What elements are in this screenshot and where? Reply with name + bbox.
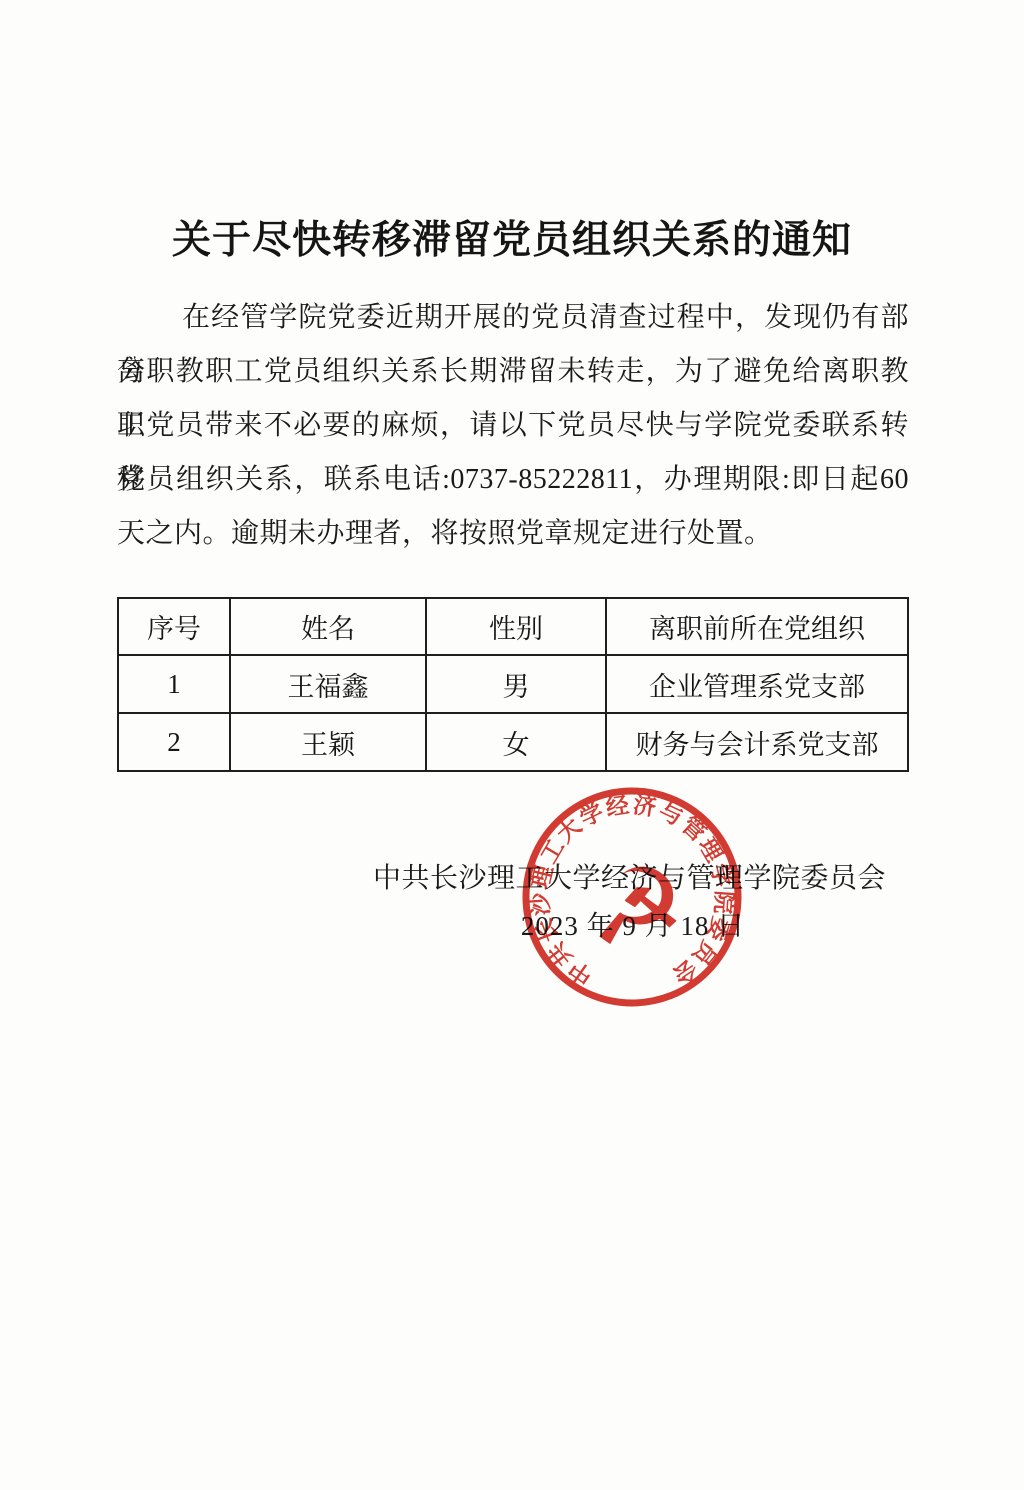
body-line-1: 在经管学院党委近期开展的党员清查过程中，发现仍有部分 — [117, 291, 909, 345]
col-header-index: 序号 — [118, 598, 230, 655]
cell-name: 王福鑫 — [230, 655, 426, 713]
table-header-row: 序号 姓名 性别 离职前所在党组织 — [118, 598, 908, 655]
cell-org: 财务与会计系党支部 — [606, 713, 908, 771]
stamp-seal-svg: 中共长沙理工大学经济与管理学院委员会 ☭ — [516, 781, 749, 1014]
col-header-org: 离职前所在党组织 — [606, 598, 908, 655]
body-line-2: 离职教职工党员组织关系长期滞留未转走，为了避免给离职教职 — [117, 345, 909, 399]
cell-name: 王颖 — [230, 713, 426, 771]
scanned-notice-page: 关于尽快转移滞留党员组织关系的通知 在经管学院党委近期开展的党员清查过程中，发现… — [0, 0, 1024, 1490]
col-header-name: 姓名 — [230, 598, 426, 655]
cell-org: 企业管理系党支部 — [606, 655, 908, 713]
stamp-outer-ring — [526, 791, 738, 1003]
issue-date: 2023 年 9 月 18 日 — [517, 904, 749, 943]
issuing-committee-signature: 中共长沙理工大学经济与管理学院委员会 — [0, 856, 886, 896]
col-header-gender: 性别 — [426, 598, 606, 655]
body-line-3: 工党员带来不必要的麻烦，请以下党员尽快与学院党委联系转移 — [117, 399, 909, 453]
member-roster-table: 序号 姓名 性别 离职前所在党组织 1 王福鑫 男 企业管理系党支部 2 王颖 … — [117, 597, 909, 772]
table-row: 1 王福鑫 男 企业管理系党支部 — [118, 655, 908, 713]
cell-index: 2 — [118, 713, 230, 771]
body-line-4: 党员组织关系，联系电话:0737-85222811，办理期限:即日起60 — [117, 453, 909, 507]
notice-title: 关于尽快转移滞留党员组织关系的通知 — [0, 209, 1024, 265]
notice-body: 在经管学院党委近期开展的党员清查过程中，发现仍有部分 离职教职工党员组织关系长期… — [117, 291, 909, 561]
table-row: 2 王颖 女 财务与会计系党支部 — [118, 713, 908, 771]
cell-index: 1 — [118, 655, 230, 713]
body-line-5: 天之内。逾期未办理者，将按照党章规定进行处置。 — [117, 507, 909, 561]
official-stamp: 中共长沙理工大学经济与管理学院委员会 ☭ — [516, 781, 749, 1014]
cell-gender: 女 — [426, 713, 606, 771]
cell-gender: 男 — [426, 655, 606, 713]
